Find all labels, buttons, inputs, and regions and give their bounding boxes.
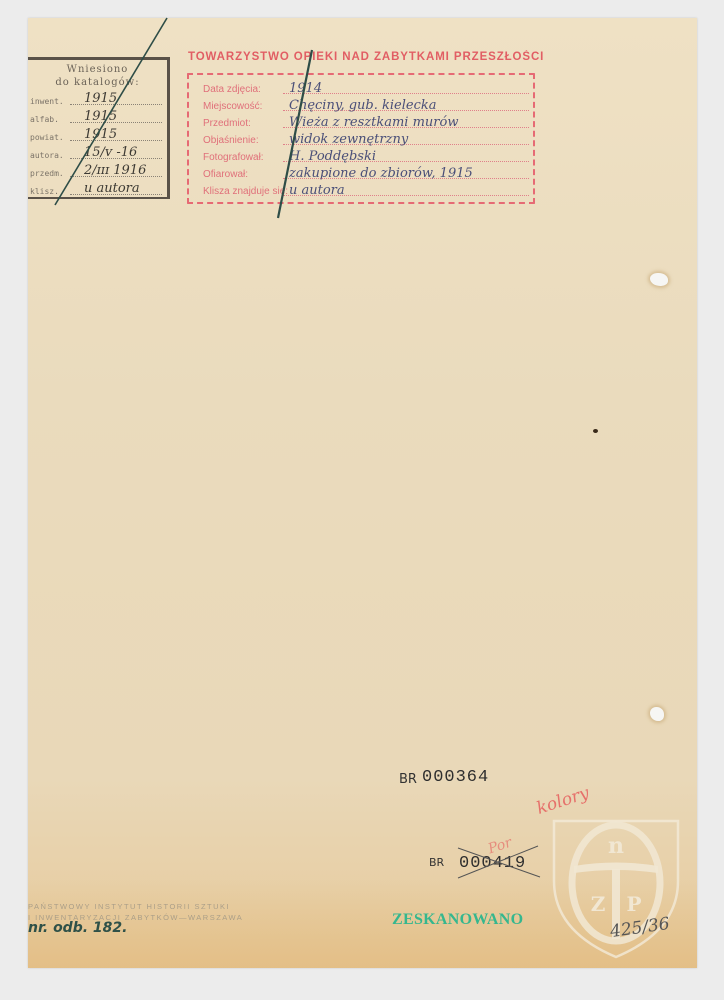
catalog-heading-2: do katalogów: xyxy=(28,77,167,88)
stamp-value: widok zewnętrzny xyxy=(289,132,408,147)
ink-speck xyxy=(593,429,598,433)
catalog-value: u autora xyxy=(84,181,140,196)
inventory-note: nr. odb. 182. xyxy=(28,920,127,936)
catalog-value: 15/ᴠ -16 xyxy=(84,145,137,160)
stamp-row-description: Objaśnienie: widok zewnętrzny xyxy=(203,131,533,147)
stamp-label: Ofiarował: xyxy=(203,169,248,180)
catalog-stamp: Wniesiono do katalogów: inwent. 1915 alf… xyxy=(28,57,170,199)
stamp-label: Klisza znajduje się: xyxy=(203,186,288,197)
paper-stain xyxy=(28,878,697,968)
punch-hole-bottom xyxy=(650,707,664,721)
stamp-label: Fotografował: xyxy=(203,152,264,163)
catalog-value: 2/ɪɪɪ 1916 xyxy=(84,163,146,178)
catalog-row-przedm: przedm. 2/ɪɪɪ 1916 xyxy=(30,162,164,180)
catalog-number: 000364 xyxy=(422,768,489,787)
stamp-value: H. Poddębski xyxy=(289,149,376,164)
scanned-stamp: ZESKANOWANO xyxy=(392,911,523,929)
catalog-value: 1915 xyxy=(84,91,117,106)
stamp-value: Wieża z resztkami murów xyxy=(289,115,458,130)
stamp-value: 1914 xyxy=(289,81,322,96)
stamp-row-photographer: Fotografował: H. Poddębski xyxy=(203,148,533,164)
catalog-value: 1915 xyxy=(84,109,117,124)
catalog-label: klisz. xyxy=(30,187,59,196)
old-catalog-number-prefix: BR xyxy=(429,856,444,869)
punch-hole-top xyxy=(650,273,668,286)
catalog-label: inwent. xyxy=(30,97,64,106)
red-note-colors: kolory xyxy=(534,783,591,819)
society-stamp: Data zdjęcia: 1914 Miejscowość: Chęciny,… xyxy=(187,73,535,204)
stamp-value: Chęciny, gub. kielecka xyxy=(289,98,436,113)
catalog-row-autora: autora. 15/ᴠ -16 xyxy=(30,144,164,162)
stamp-row-donor: Ofiarował: zakupione do zbiorów, 1915 xyxy=(203,165,533,181)
catalog-row-klisz: klisz. u autora xyxy=(30,180,164,198)
institute-stamp-line-1: PAŃSTWOWY INSTYTUT HISTORII SZTUKI xyxy=(28,902,230,911)
society-stamp-title: TOWARZYSTWO OPIEKI NAD ZABYTKAMI PRZESZŁ… xyxy=(188,51,588,63)
catalog-heading-1: Wniesiono xyxy=(28,64,167,75)
stamp-row-date: Data zdjęcia: 1914 xyxy=(203,80,533,96)
stamp-label: Data zdjęcia: xyxy=(203,84,261,95)
stamp-row-location: Miejscowość: Chęciny, gub. kielecka xyxy=(203,97,533,113)
catalog-number-prefix: BR xyxy=(399,772,417,787)
stamp-row-negative: Klisza znajduje się: u autora xyxy=(203,182,533,198)
catalog-row-alfab: alfab. 1915 xyxy=(30,108,164,126)
catalog-label: powiat. xyxy=(30,133,64,142)
stamp-label: Przedmiot: xyxy=(203,118,251,129)
catalog-label: alfab. xyxy=(30,115,59,124)
catalog-label: autora. xyxy=(30,151,64,160)
stamp-label: Objaśnienie: xyxy=(203,135,259,146)
catalog-label: przedm. xyxy=(30,169,64,178)
old-catalog-number-crossed: 000419 xyxy=(459,854,526,873)
stamp-value: u autora xyxy=(289,183,345,198)
catalog-row-powiat: powiat. 1915 xyxy=(30,126,164,144)
svg-text:n: n xyxy=(608,833,624,859)
archival-card: Wniesiono do katalogów: inwent. 1915 alf… xyxy=(28,18,697,968)
stamp-row-subject: Przedmiot: Wieża z resztkami murów xyxy=(203,114,533,130)
stamp-label: Miejscowość: xyxy=(203,101,262,112)
stamp-value: zakupione do zbiorów, 1915 xyxy=(289,166,473,181)
catalog-row-inwent: inwent. 1915 xyxy=(30,90,164,108)
catalog-value: 1915 xyxy=(84,127,117,142)
